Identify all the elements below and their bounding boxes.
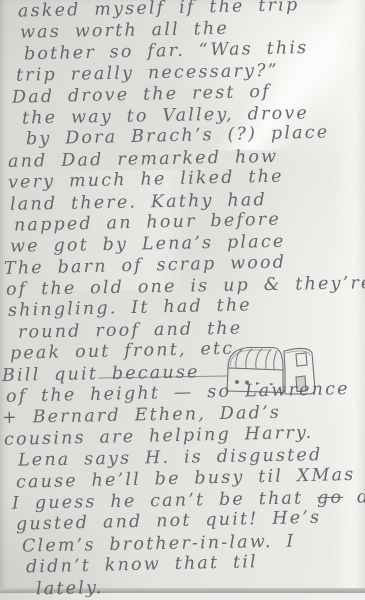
barn-sketch-drawing [95, 341, 325, 399]
letter-page: asked myself if the tripwas worth all th… [0, 0, 365, 591]
handwriting-lines: asked myself if the tripwas worth all th… [0, 2, 365, 600]
letter-scan: asked myself if the tripwas worth all th… [0, 0, 365, 600]
